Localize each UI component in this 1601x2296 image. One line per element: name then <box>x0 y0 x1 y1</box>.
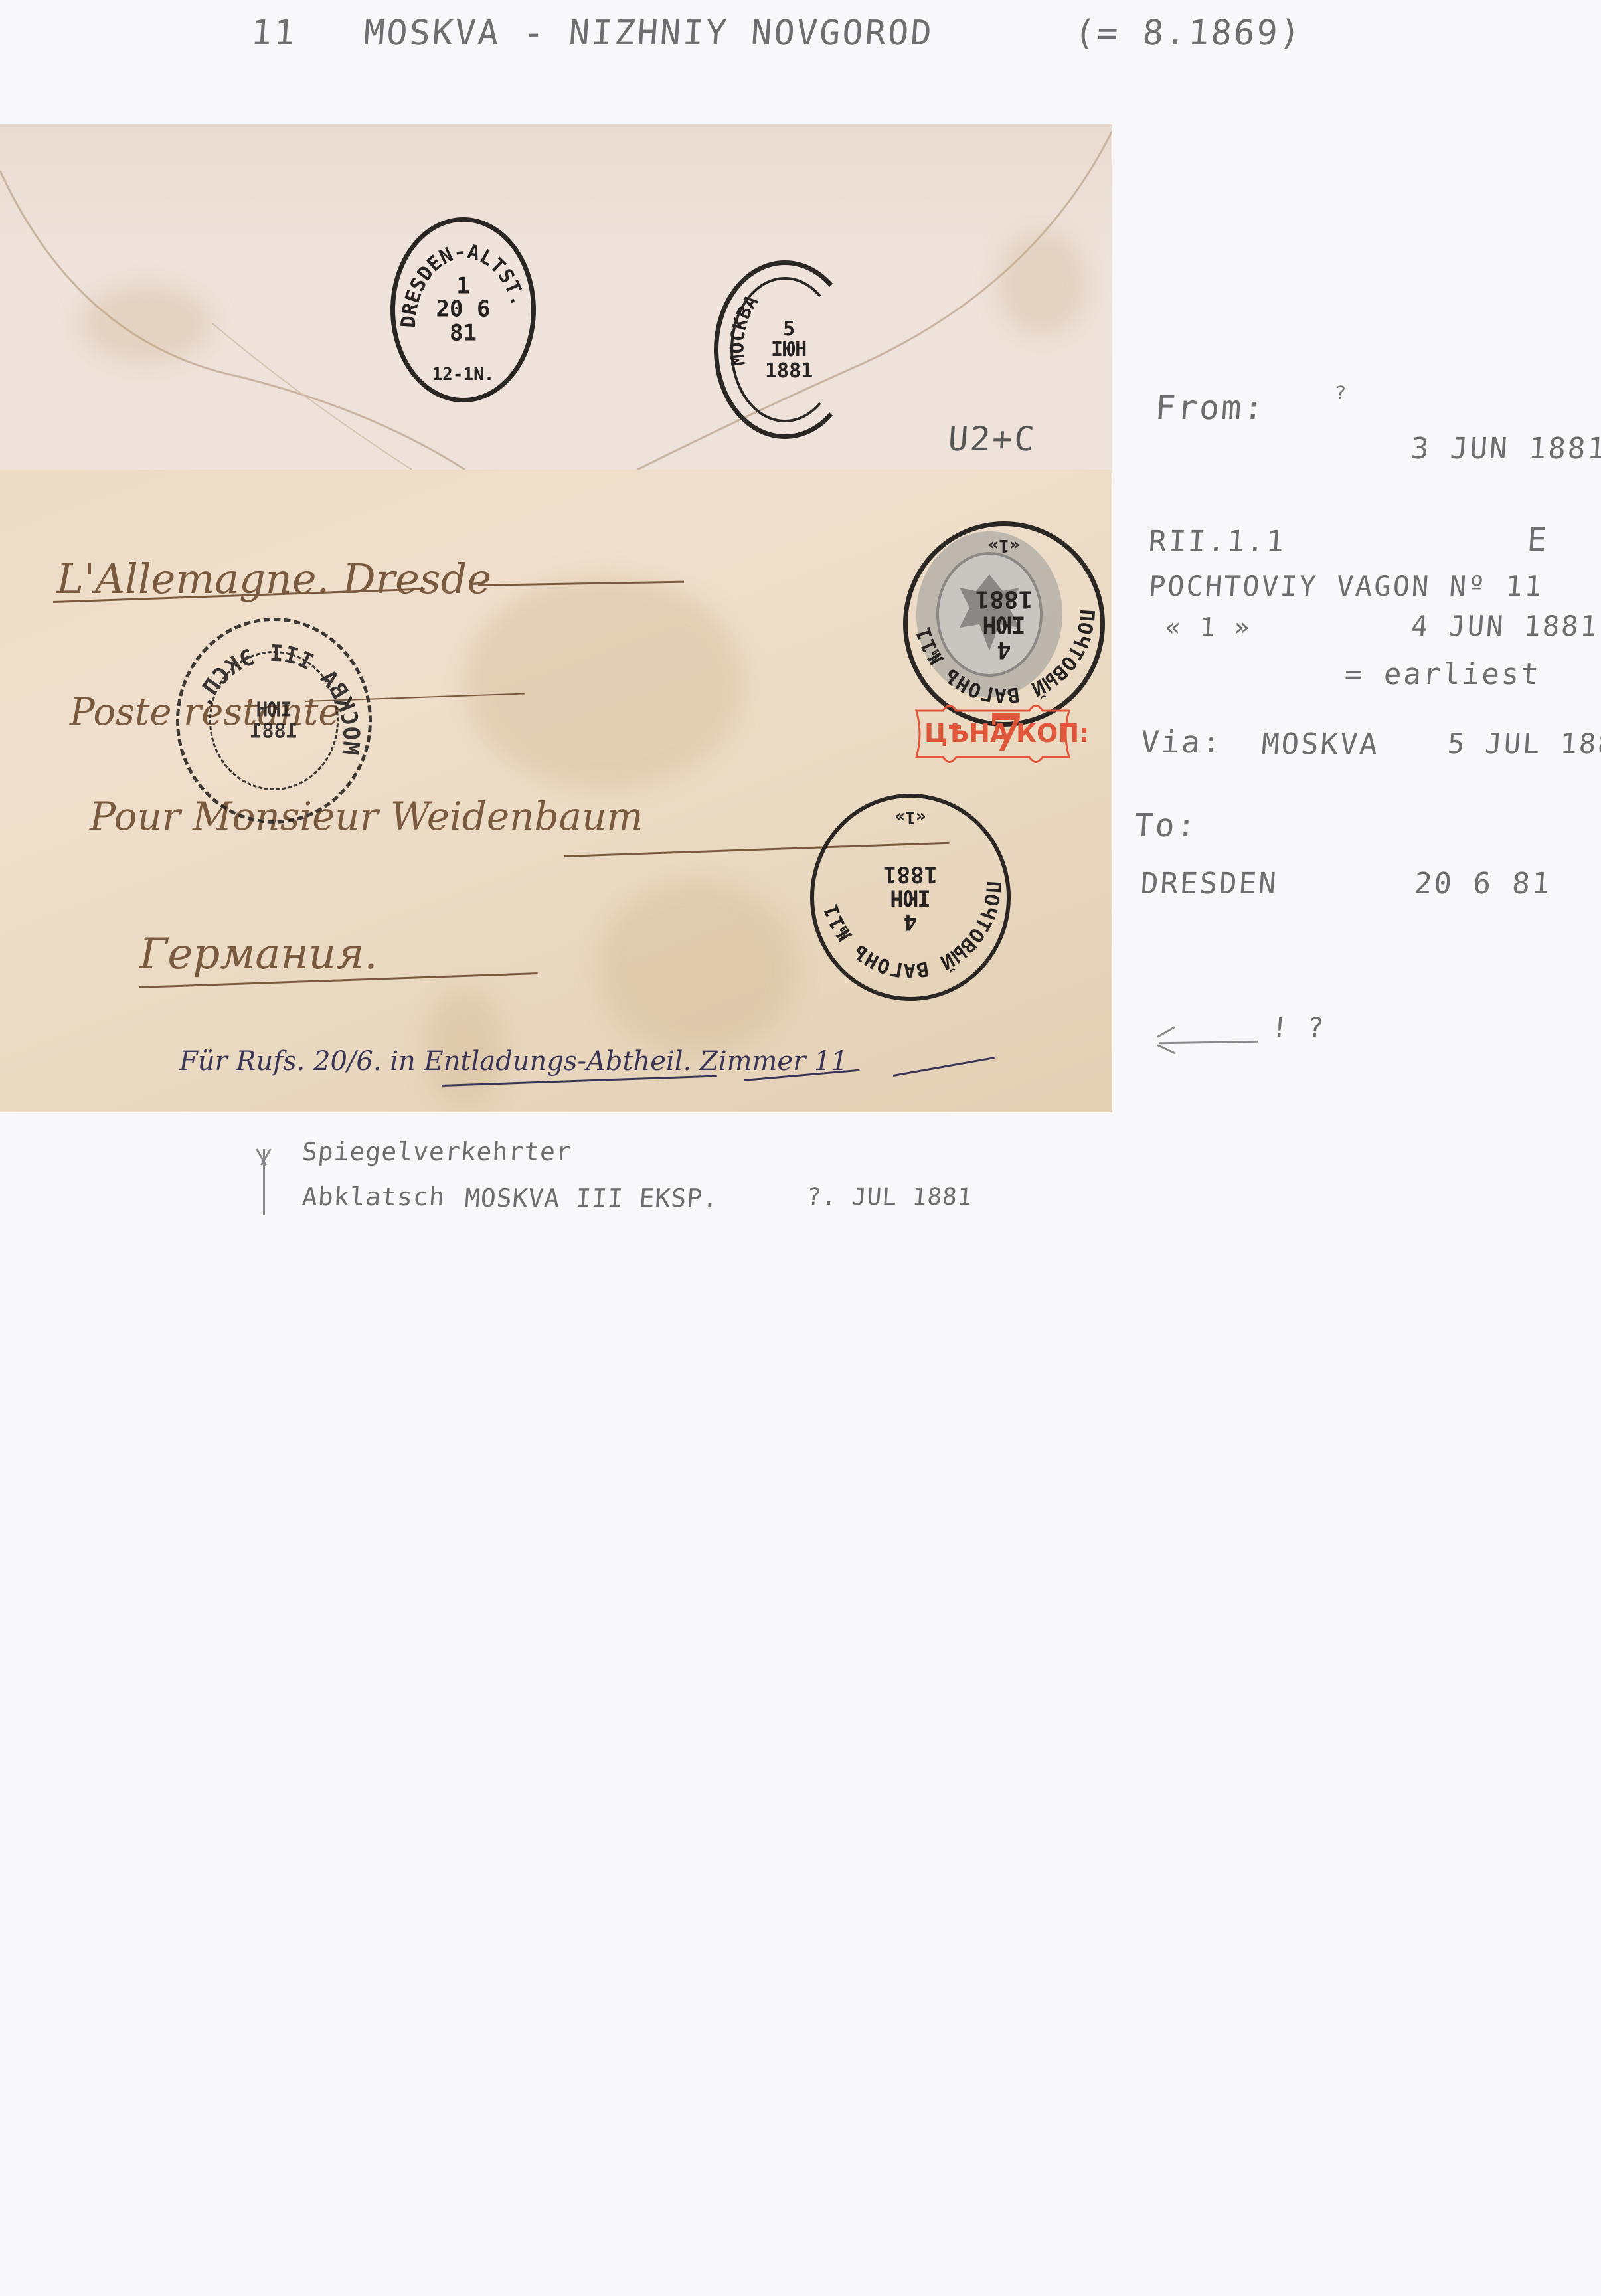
postmark-dresden-bottom: 12-1N. <box>395 365 531 385</box>
postmark-pochtoviy-vagon-second: ПОЧТОВЫЙ ВАГОНЪ №11 4 ІЮН 1881 «1» <box>810 794 1011 1001</box>
mirror-note-line2: Abklatsch <box>301 1182 446 1211</box>
lower-cancel-month: ІЮН <box>814 885 1007 909</box>
from-value: ? <box>1334 382 1349 404</box>
postmark-pochtoviy-vagon: ПОЧТОВЫЙ ВАГОНЪ №11 4 ІЮН 1881 «1» <box>903 521 1105 727</box>
vagon-cancel-bottom: «1» <box>908 535 1100 555</box>
postmark-mirror-moskva: МОСКВА III ЭКСП. ІЮН 1881 <box>176 618 372 824</box>
address-bottom-note: Für Rufs. 20/6. in Entladungs-Abtheil. Z… <box>179 1046 848 1077</box>
svg-text:МОСКВА: МОСКВА <box>726 291 763 367</box>
postmark-dresden-line3: 81 <box>395 321 531 345</box>
via-place: MOSKVA <box>1260 727 1381 761</box>
postmark-name: POCHTOVIY VAGON Nº 11 <box>1147 570 1544 602</box>
via-date: 5 JUL 1881 <box>1446 727 1601 760</box>
mirror-note-line1: Spiegelverkehrter <box>301 1137 572 1166</box>
mirror-cancel-month: ІЮН <box>179 700 369 721</box>
mirror-note-place: MOSKVA III EKSP. <box>463 1184 719 1213</box>
vagon-cancel-day: 4 <box>908 636 1100 662</box>
lower-cancel-day: 4 <box>814 909 1007 933</box>
postmark-sub: « 1 » <box>1164 612 1252 642</box>
route-note: (= 8.1869) <box>1073 13 1304 53</box>
vagon-cancel-month: ІЮН <box>908 612 1100 637</box>
from-date: 3 JUN 1881 <box>1410 432 1601 466</box>
stamp-price-frame: ЦѢНА 7 КОП: <box>903 697 1082 770</box>
postmark-moskva-year: 1881 <box>765 360 813 381</box>
postmark-moskva: МОСКВА 5 ІЮН 1881 <box>714 260 856 439</box>
envelope-back: DRESDEN-ALTST. 1 20 6 81 12-1N. МОСКВА 5… <box>0 124 1112 470</box>
to-date: 20 6 81 <box>1413 867 1553 901</box>
address-line-germany-cyrillic: Германия. <box>139 930 378 979</box>
vagon-cancel-year: 1881 <box>908 586 1100 612</box>
postmark-dresden-line2: 20 6 <box>395 298 531 322</box>
route-title: MOSKVA - NIZHNIY NOVGOROD <box>363 13 935 53</box>
postmark-moskva-day: 5 <box>765 318 813 339</box>
lower-cancel-year: 1881 <box>814 861 1007 885</box>
mirror-cancel-year: 1881 <box>179 721 369 742</box>
postmark-dresden: DRESDEN-ALTST. 1 20 6 81 12-1N. <box>390 217 536 402</box>
postmark-moskva-month: ІЮН <box>765 339 813 361</box>
catalog-ref: RII.1.1 <box>1147 525 1287 559</box>
postmark-dresden-line1: 1 <box>395 274 531 298</box>
rarity-grade: E <box>1526 521 1550 559</box>
from-label: From: <box>1154 389 1267 427</box>
mirror-note-date: ?. JUL 1881 <box>806 1184 973 1211</box>
arrow-note: ! ? <box>1270 1013 1326 1043</box>
price-label-right: КОП: <box>1016 719 1089 748</box>
lower-cancel-bottom: «1» <box>814 807 1007 827</box>
envelope-back-pencil-note: U2+C <box>947 420 1037 458</box>
earliest-note: = earliest <box>1343 658 1541 691</box>
postmark-date: 4 JUN 1881 <box>1410 610 1600 642</box>
to-label: To: <box>1133 807 1199 844</box>
via-label: Via: <box>1139 724 1224 760</box>
address-line-country-city: L'Allemagne. Dresde <box>56 555 491 603</box>
to-place: DRESDEN <box>1139 867 1279 901</box>
page-number: 11 <box>250 13 298 53</box>
